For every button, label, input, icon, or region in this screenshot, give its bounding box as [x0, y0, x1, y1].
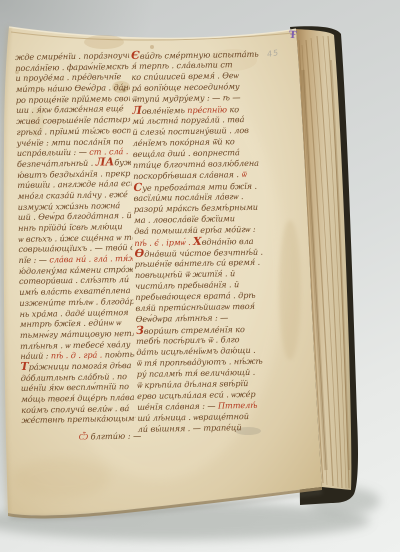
left-text-column: жде смире́нїи . пора́зноучи́мьпосла́нїею…: [15, 50, 136, 426]
pencil-foliation: 45: [266, 48, 280, 59]
rubric-text: ѿ: [241, 169, 246, 179]
ink-text: ерво исцѣли́лая еси́ . ѡже́р: [137, 389, 256, 401]
ink-text: ма . ловосла́вїе бжїими: [134, 213, 235, 225]
ink-text: на́шй :: [20, 351, 51, 362]
ink-text: ли́ вы́шняя . — трапе́цй: [138, 422, 242, 434]
ink-text: я́ терпѣ . сла́вльти ст: [131, 59, 232, 71]
rubric-text: Пттелѣ́: [218, 400, 258, 411]
rubric-text: пѣ́ . д . гра́ .: [51, 350, 103, 361]
ink-text: ши́ лѣ́ница . ѡвраще́тной: [137, 411, 249, 423]
ink-text: разори́ мра́ксѣ безмѣ́рными: [134, 202, 258, 214]
ink-text: ру́ псалмѣ́ тя́ велича́ющй .: [137, 367, 256, 379]
ink-text: блгти́ю : —: [90, 430, 141, 441]
ink-text: безпеча́тлѣнѣй .: [17, 157, 96, 168]
ink-text: ра́ вопїю́ще несоедино́му: [132, 81, 240, 93]
ink-text: бужи́сеи: [114, 157, 131, 167]
colophon-line: Ѽ блгти́ю : —: [68, 430, 152, 441]
right-text-column: Єви́дѣ сме́ртную испыта́ть : лия́ терпѣ …: [131, 48, 266, 435]
ink-text: рѣше́нїе ва́нтелѣ си́ время́ .: [135, 257, 260, 269]
ink-text: ко: [227, 104, 239, 114]
photograph: жде смире́нїи . пора́зноучи́мьпосла́нїею…: [0, 0, 400, 552]
ink-text: вля́й прети́снѣйшагѡ твоя́: [135, 301, 254, 313]
rubric-text: сла́ва ни́ . гла́ . тя́ж: [49, 253, 132, 264]
library-stamp: Ŧ: [289, 30, 297, 41]
rubric-text: С: [133, 181, 142, 193]
ink-text: повѣщнѣ́й ѿ житїя́ . й: [135, 268, 235, 280]
ink-text: ше́нїя сла́вная : —: [137, 401, 218, 412]
rubric-text: Л: [132, 104, 142, 116]
ink-text: ко спи́шисей время́ . Ѳеѡ: [131, 70, 238, 82]
rubric-flourish: Ѽ: [79, 431, 91, 441]
ink-text: веща́ла дши́ . вопрнеста́: [133, 147, 240, 159]
rubric-text: Ѳ: [134, 247, 144, 259]
rubric-text: Є: [131, 49, 140, 61]
ink-text: пїе : —: [19, 254, 50, 265]
text-line: ли́ вы́шняя . — трапе́цй: [138, 422, 266, 435]
ink-text: тебѣ́ посѣ́рилъ ѿ . блго: [136, 334, 239, 346]
ink-text: васїли́ми посла́нїя ла́вгѡ .: [133, 191, 243, 203]
ink-text: Ѳеѡ́дѡра лѣ́тнѣя : —: [136, 312, 229, 324]
page-text: жде смире́нїи . пора́зноучи́мьпосла́нїею…: [0, 0, 400, 552]
ink-text: же́ствнѣ претыка́ющымъ: [21, 413, 135, 425]
ink-text: ле́нїемъ поко́рная ѿй ко: [133, 136, 235, 148]
ink-text: пребыва́ющеся врата́ . дрѣ: [135, 290, 255, 302]
ink-text: да́ть исцѣле́нїѡмъ даю́щи .: [136, 345, 256, 357]
ink-text: ми́ льстна́ поруга́лй . тва́: [132, 114, 244, 126]
ink-text: пою́тьвѣ: [102, 349, 134, 360]
ink-text: ѿ крѣпи́ла дѣ́лная ѕвѣ́рїй: [137, 378, 249, 390]
text-line: же́ствнѣ претыка́ющымъ: [21, 413, 135, 426]
rubric-text: З: [136, 324, 144, 336]
rubric-text: ст . сла́ . ѿ . по́: [89, 146, 131, 157]
ink-text: поскорбѣ́вшая сла́вная .: [133, 169, 241, 181]
ink-text: ѿтупи́ мудру́ему : — ѣ —: [132, 92, 241, 104]
ink-text: испра́вльшїи : —: [17, 147, 90, 158]
ink-text: два́ помышля́й ерѣ́а мо́йгѡ :: [134, 224, 256, 236]
ink-text: й слезы́ постигну́вшй . лов: [132, 125, 249, 137]
ink-text: чисти́лѣ пребыва́нїя . й: [135, 279, 239, 291]
rubric-text: ЛА: [96, 157, 115, 169]
